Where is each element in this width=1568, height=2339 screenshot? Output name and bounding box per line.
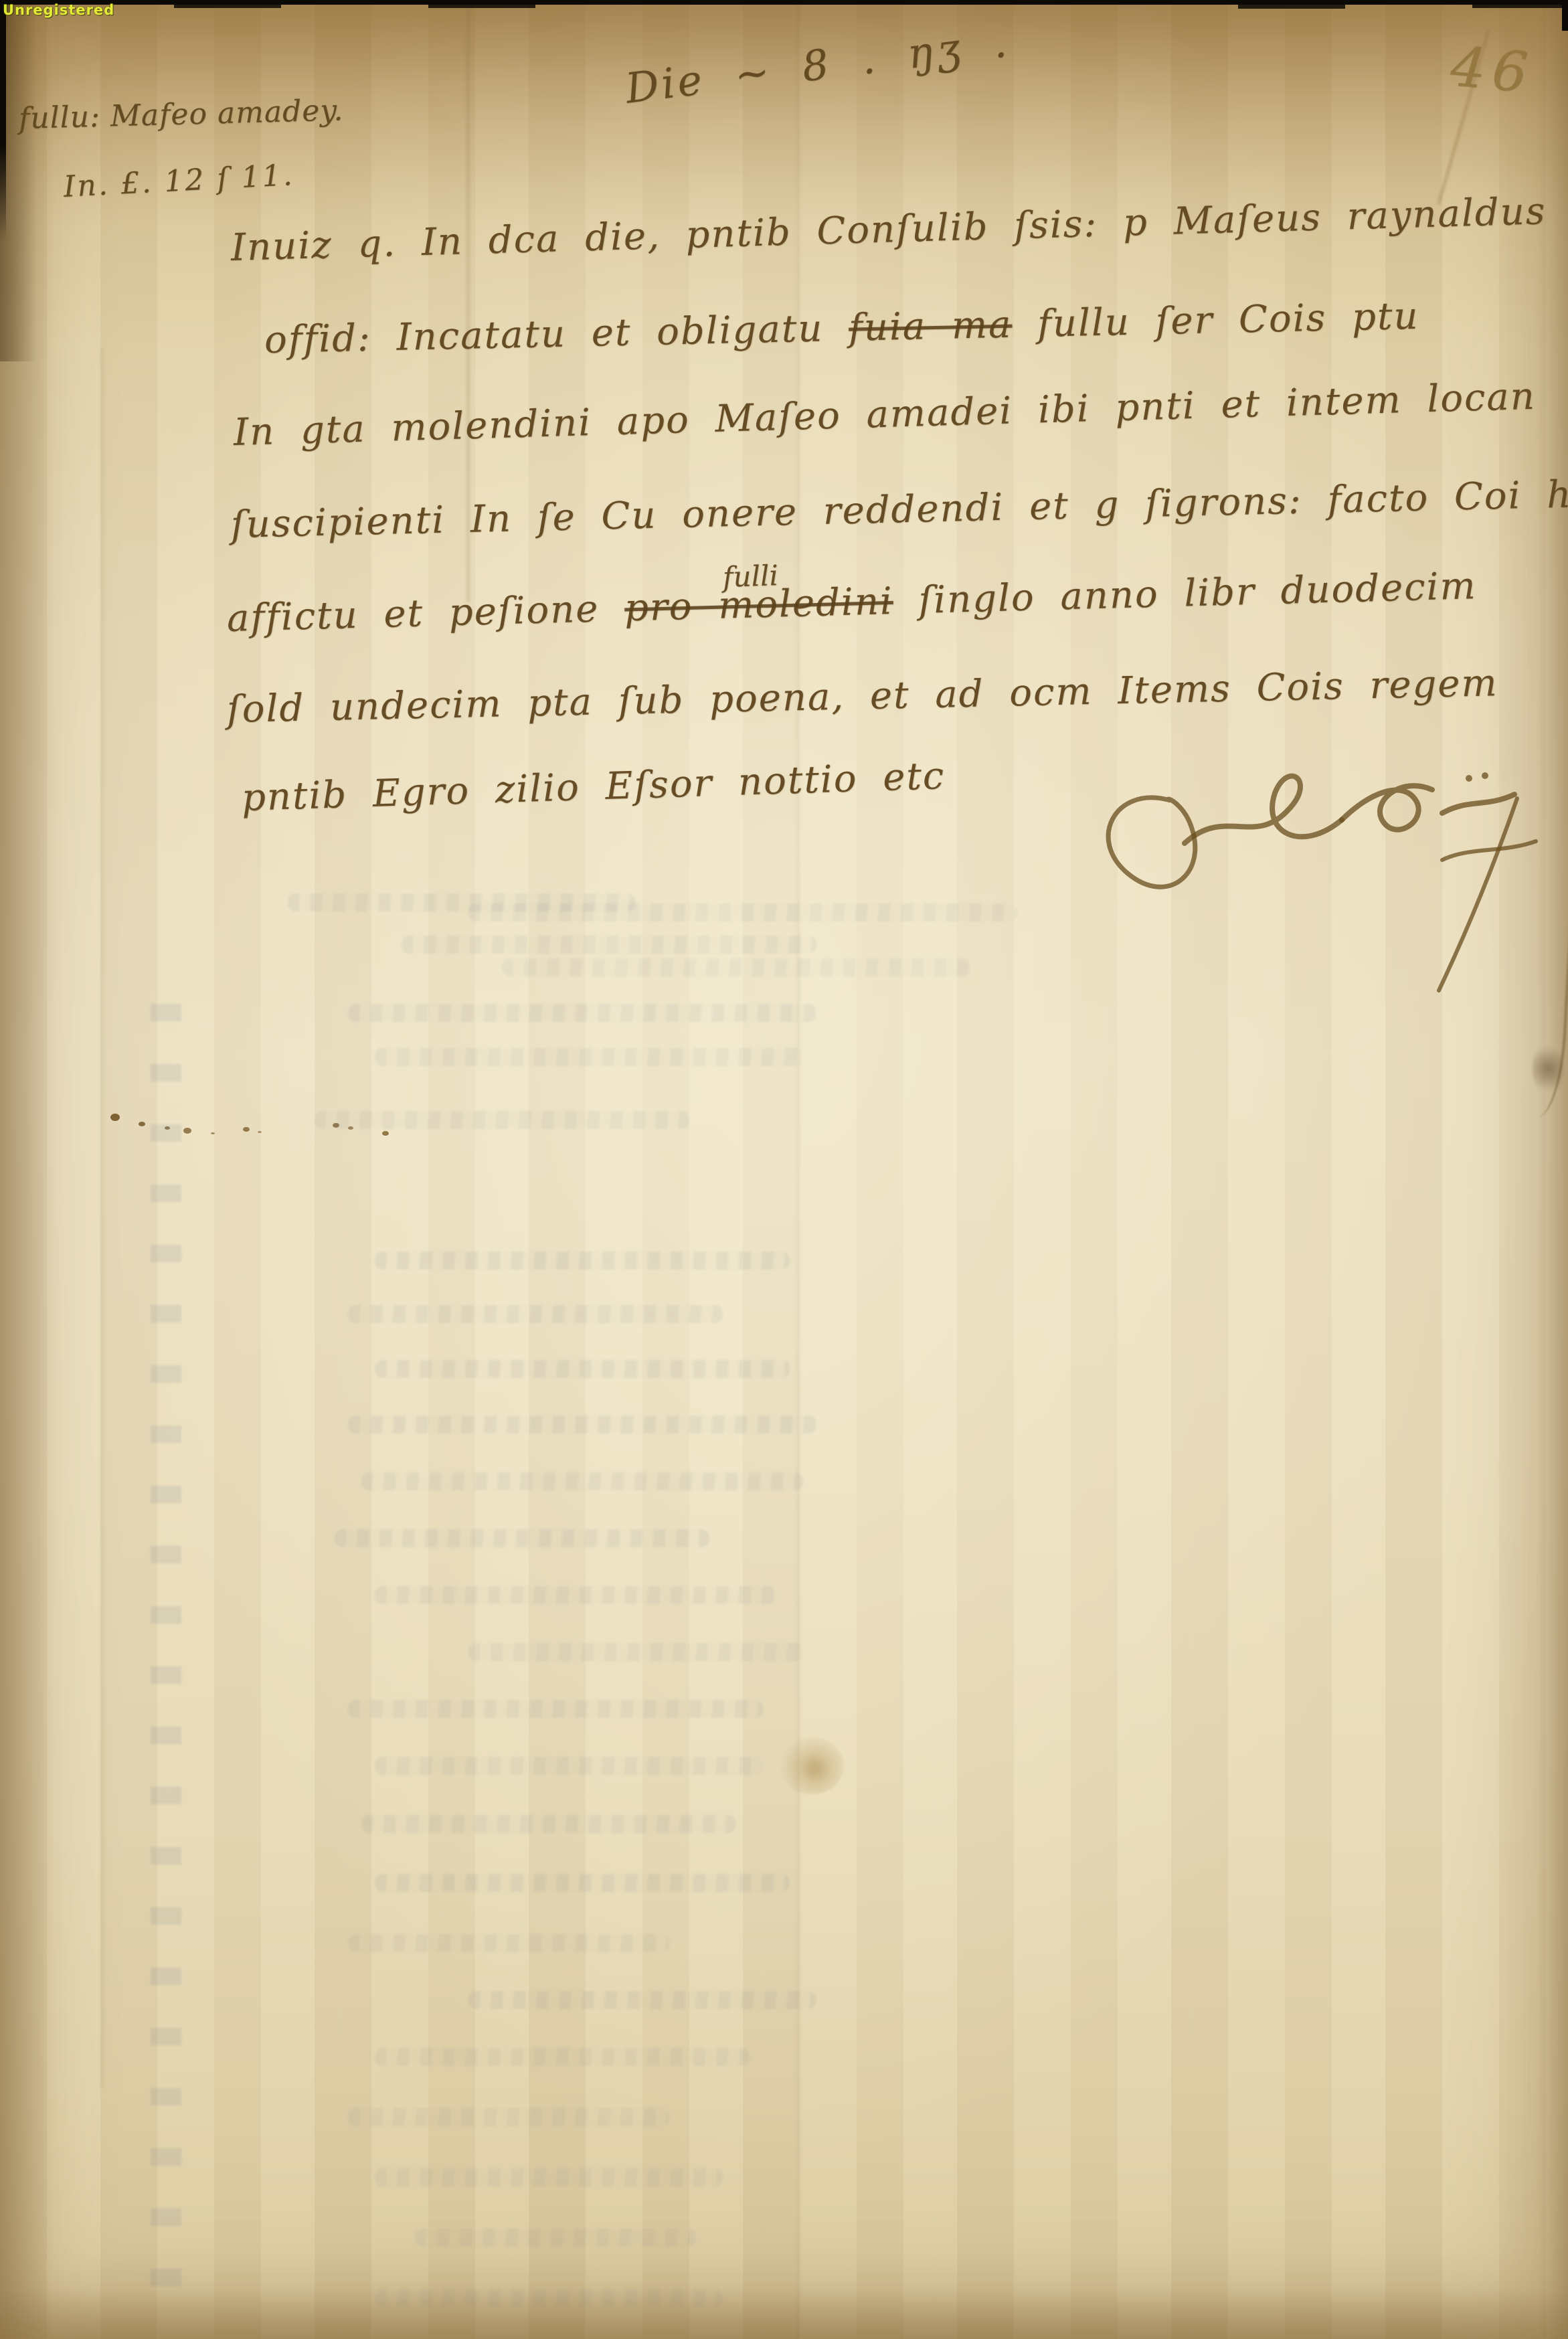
right-edge-crease-stain [1533,1041,1563,1097]
bleedthrough-line [468,1991,816,2009]
bleedthrough-line [361,1472,803,1490]
bleedthrough-line [402,936,816,954]
bleedthrough-line [468,1643,803,1661]
ink-stain [780,1737,844,1794]
chain-line [100,348,104,2088]
manuscript-page-scan: Unregistered 46 Die ~ 8 . ŋʒ . fullu: Ma… [0,0,1568,2339]
notary-signature-flourish [1067,719,1563,1001]
unregistered-watermark: Unregistered [3,2,114,18]
bleedthrough-line [375,1360,790,1378]
manuscript-line: ſuscipienti In ſe Cu onere reddendi et g… [230,473,1568,547]
line-text: offid: Incatatu et obligatu [264,307,849,362]
bleedthrough-line [375,2168,723,2186]
folio-number: 46 [1448,35,1537,105]
bleedthrough-line [348,1305,723,1323]
bleedthrough-line [375,1586,776,1604]
scan-edge-top-right [1562,0,1568,31]
line-text: fullu ſer Cois ptu [1012,294,1419,347]
bleedthrough-line [348,2108,669,2126]
bleedthrough-column [151,1004,181,2309]
bleedthrough-line [348,1415,816,1434]
bleedthrough-line [375,2048,750,2066]
line-text: ſuscipienti In ſe Cu onere reddendi et g… [230,473,1568,547]
bleedthrough-line [375,1757,763,1775]
struck-text: fuia ma [848,303,1013,350]
bleedthrough-line [348,1700,763,1718]
manuscript-line: affictu et peſione pro moledini ſinglo a… [226,564,1477,640]
bleedthrough-line [375,1048,803,1066]
bleedthrough-line [335,1529,709,1547]
bleedthrough-line [375,2289,723,2307]
manuscript-line: pntib Egro zilio Eſsor nottio etc [241,754,946,820]
bleedthrough-line [375,1874,790,1892]
bleedthrough-line [348,1004,816,1022]
bleedthrough-line [361,1815,736,1833]
bleedthrough-line [348,1934,669,1952]
bleedthrough-line [288,893,636,912]
manuscript-line: In gta molendini apo Maſeo amadei ibi pn… [233,375,1536,454]
interlinear-insertion: fulli [722,559,779,594]
line-text: affictu et peſione [226,586,625,640]
scan-edge-left [0,0,6,241]
scan-edge-deckle [174,4,281,8]
ink-specks-row [110,1114,120,1121]
bleedthrough-line [502,958,970,976]
right-edge-shading [1538,0,1568,2339]
bottom-edge-shading [0,2289,1568,2339]
line-text: ſinglo anno libr duodecim [893,564,1477,623]
line-text: In gta molendini apo Maſeo amadei ibi pn… [233,375,1536,454]
bleedthrough-line [375,1251,790,1270]
bleedthrough-line [415,2229,696,2247]
manuscript-line: offid: Incatatu et obligatu fuia ma full… [264,294,1419,362]
bleedthrough-line [315,1111,689,1129]
line-text: pntib Egro zilio Eſsor nottio etc [241,754,946,820]
